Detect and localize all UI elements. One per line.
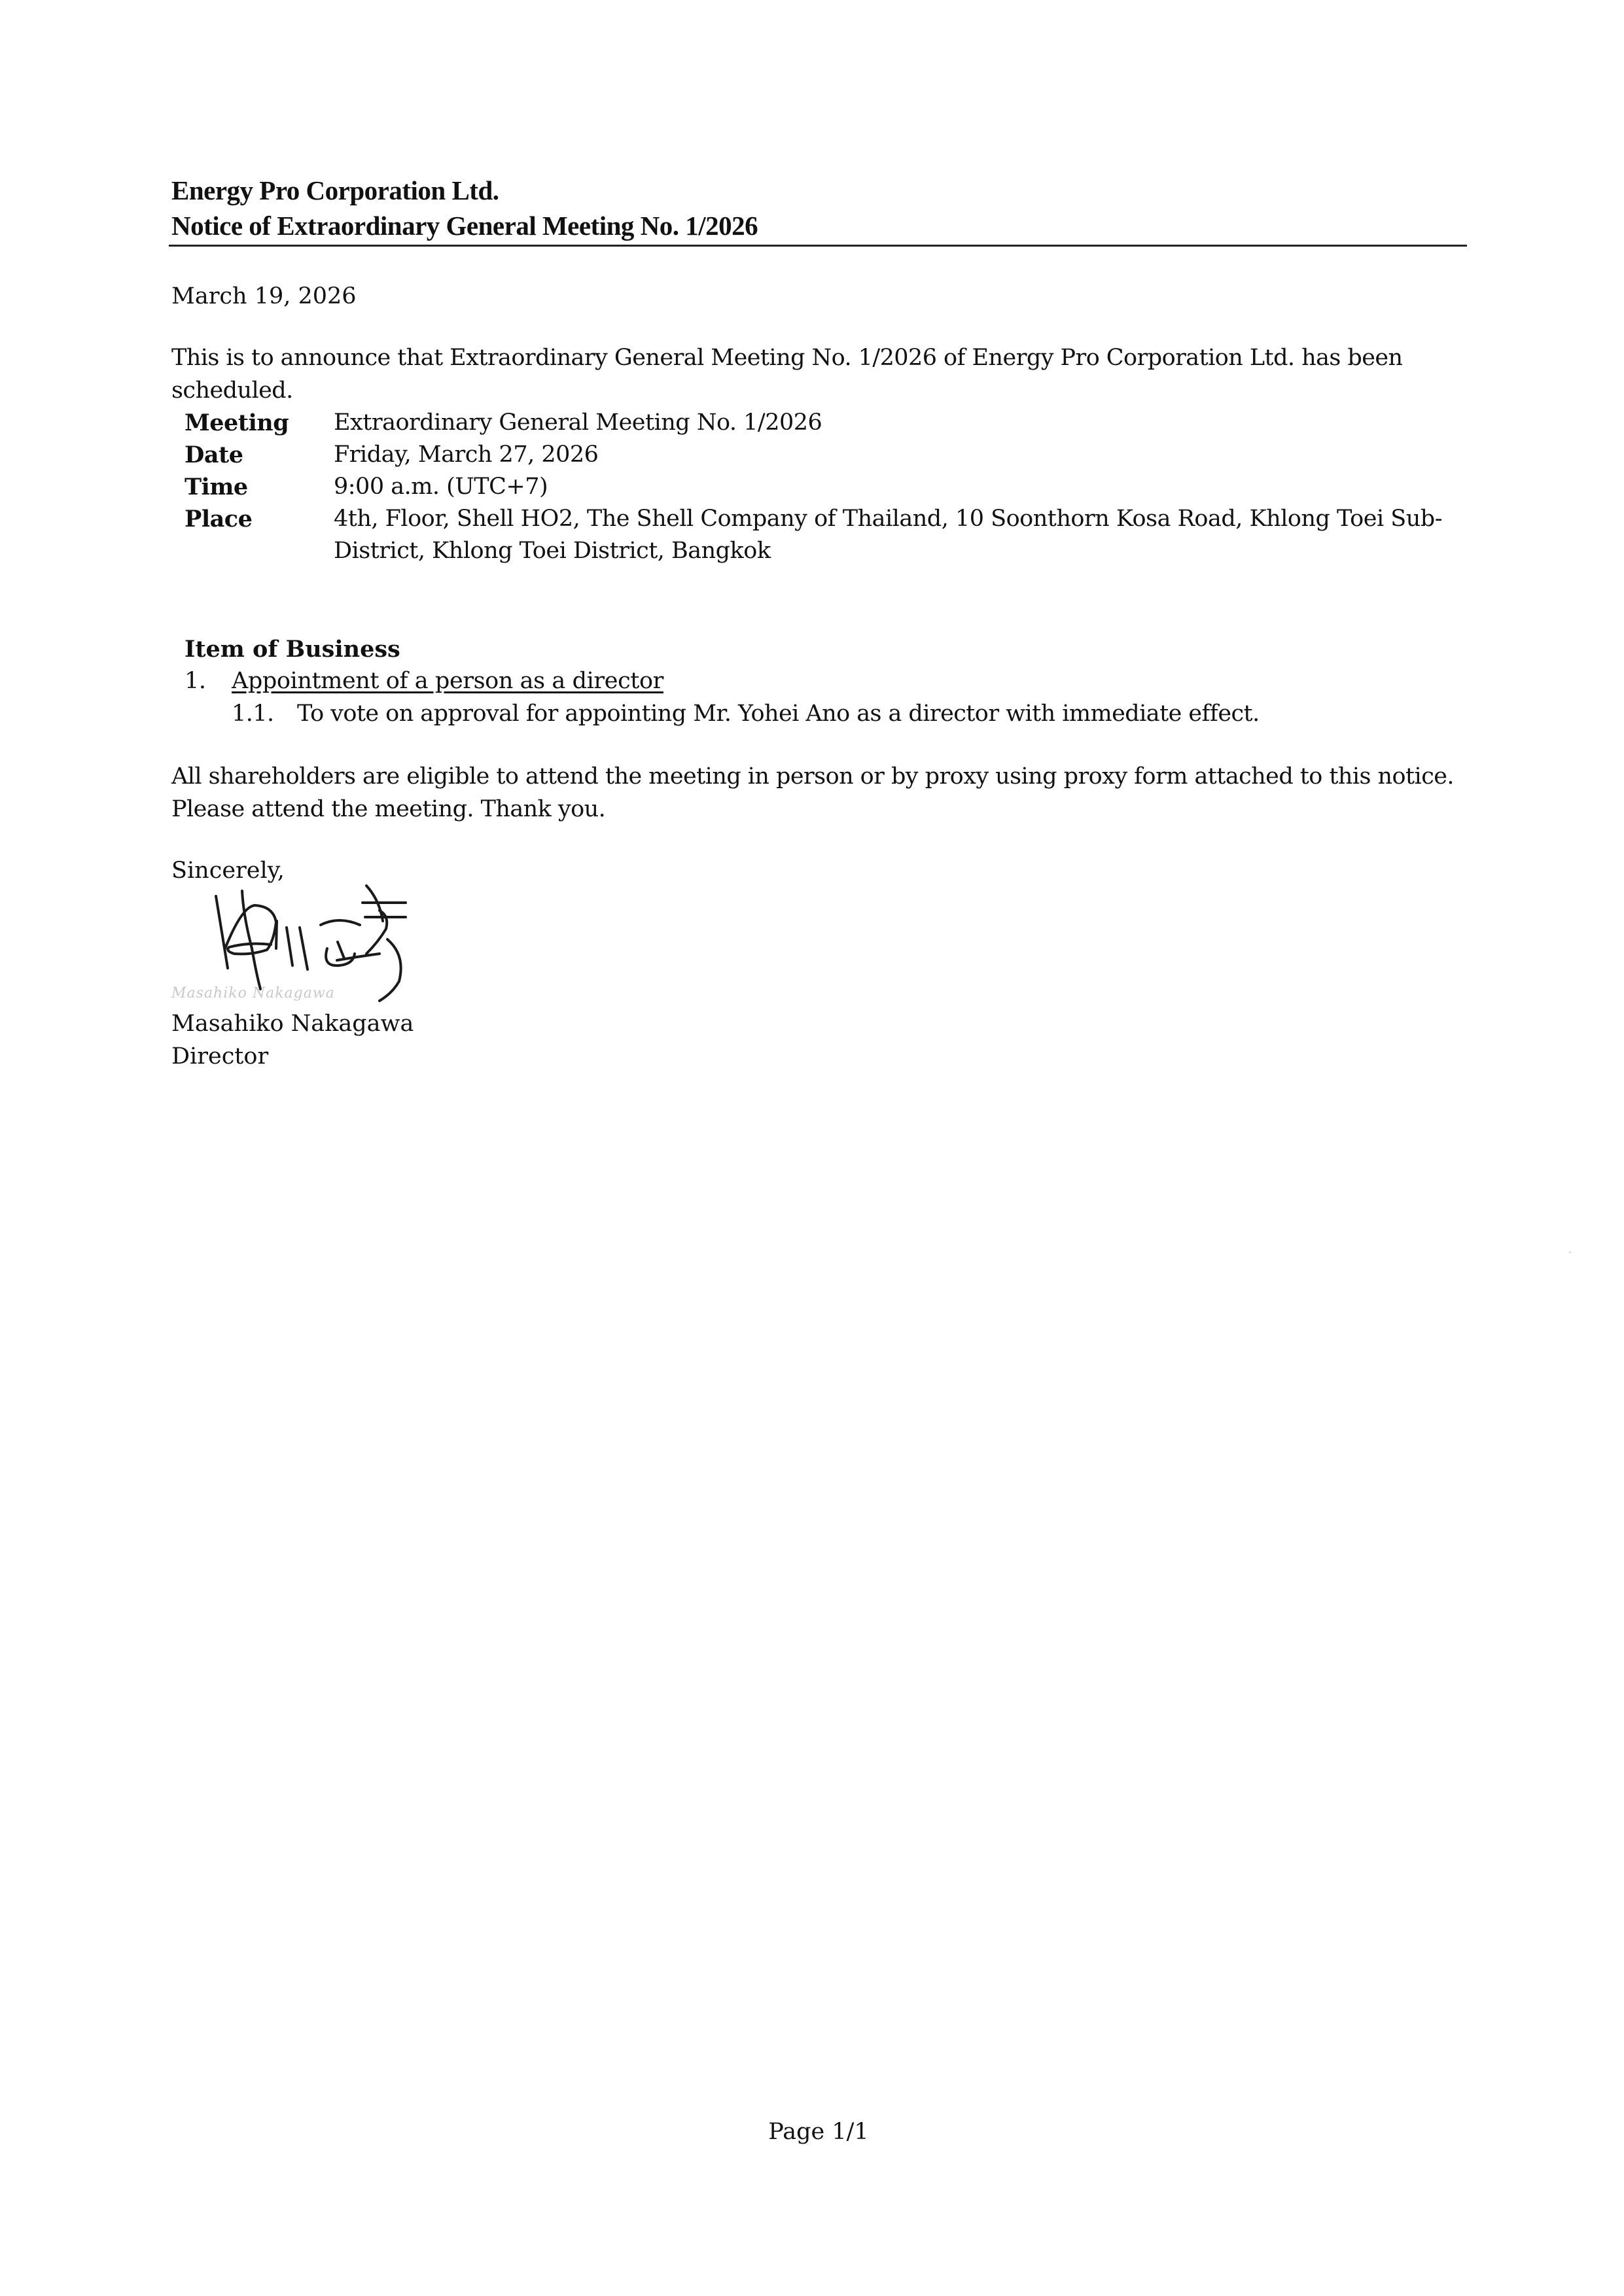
signer-title: Director [171, 1040, 268, 1073]
scan-speck [1569, 1251, 1571, 1253]
detail-label: Place [185, 503, 334, 567]
item-number: 1. [185, 665, 232, 697]
detail-label: Meeting [185, 407, 334, 439]
closing-paragraph: All shareholders are eligible to attend … [171, 760, 1474, 826]
item-label: Appointment of a person as a director [232, 668, 663, 694]
business-heading: Item of Business [185, 633, 400, 666]
detail-row-meeting: Meeting Extraordinary General Meeting No… [185, 407, 1467, 439]
detail-value: 9:00 a.m. (UTC+7) [334, 471, 1467, 503]
detail-value: Friday, March 27, 2026 [334, 439, 1467, 471]
detail-value: Extraordinary General Meeting No. 1/2026 [334, 407, 1467, 439]
detail-row-place: Place 4th, Floor, Shell HO2, The Shell C… [185, 503, 1467, 567]
page-number: Page 1/1 [0, 2115, 1624, 2148]
meeting-details-table: Meeting Extraordinary General Meeting No… [185, 407, 1467, 567]
detail-row-time: Time 9:00 a.m. (UTC+7) [185, 471, 1467, 503]
signature-caption: Masahiko Nakagawa [171, 985, 335, 1001]
document-header: Energy Pro Corporation Ltd. Notice of Ex… [171, 173, 1466, 243]
subitem-text: To vote on approval for appointing Mr. Y… [297, 701, 1260, 727]
notice-date: March 19, 2026 [171, 280, 357, 313]
detail-label: Date [185, 439, 334, 471]
business-subitem: 1.1.To vote on approval for appointing M… [232, 697, 1260, 730]
subitem-number: 1.1. [232, 697, 297, 730]
notice-title: Notice of Extraordinary General Meeting … [171, 208, 1466, 243]
signer-name: Masahiko Nakagawa [171, 1007, 414, 1040]
header-divider [169, 245, 1467, 247]
detail-value: 4th, Floor, Shell HO2, The Shell Company… [334, 503, 1467, 567]
intro-paragraph: This is to announce that Extraordinary G… [171, 341, 1474, 407]
detail-label: Time [185, 471, 334, 503]
company-name: Energy Pro Corporation Ltd. [171, 173, 1466, 208]
document-page: Energy Pro Corporation Ltd. Notice of Ex… [0, 0, 1624, 2296]
detail-row-date: Date Friday, March 27, 2026 [185, 439, 1467, 471]
business-item: 1.Appointment of a person as a director [185, 665, 663, 697]
